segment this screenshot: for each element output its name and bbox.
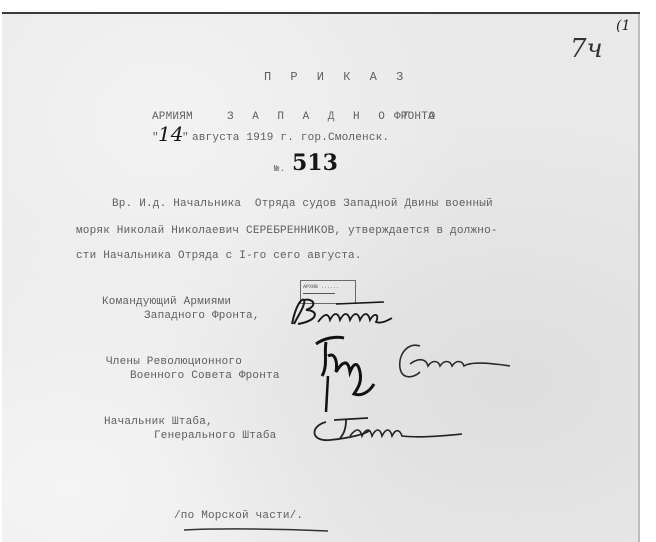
document-title: П Р И К А З — [264, 70, 409, 84]
archive-stamp-text: АРХИВ ...... — [303, 284, 339, 290]
signatory-1-role-line-2: Западного Фронта, — [144, 310, 260, 322]
date-line: августа 1919 г. гор.Смоленск. — [192, 132, 389, 144]
signatory-2-role-line-1: Члены Революционного — [106, 356, 242, 368]
date-day-handwritten: 14 — [158, 122, 183, 146]
signatory-3-role-line-2: Генерального Штаба — [154, 430, 276, 442]
order-number-handwritten: 513 — [292, 150, 338, 176]
signatory-3-role-line-1: Начальник Штаба, — [104, 416, 213, 428]
body-line-2: моряк Николай Николаевич СЕРЕБРЕННИКОВ, … — [76, 225, 498, 237]
footer-underline — [182, 526, 332, 534]
corner-annotation: 7ч — [570, 34, 603, 64]
body-line-3: сти Начальника Отряда с I-го сего август… — [76, 250, 362, 262]
number-prefix: №. — [274, 164, 285, 174]
signature-2-icon — [314, 332, 524, 412]
signature-1-icon — [284, 294, 404, 334]
body-line-1: Вр. И.д. Начальника Отряда судов Западно… — [112, 198, 493, 210]
date-close-quote: " — [182, 132, 189, 144]
signatory-2-role-line-2: Военного Совета Фронта — [130, 370, 280, 382]
document-page: П Р И К А З АРМИЯМ З А П А Д Н О Г О ФРО… — [2, 12, 640, 542]
subtitle-front: ФРОНТА — [394, 111, 435, 123]
footer-note: /по Морской части/. — [174, 510, 303, 522]
signatory-1-role-line-1: Командующий Армиями — [102, 296, 231, 308]
signature-3-icon — [310, 412, 470, 448]
corner-page-mark: (1 — [616, 18, 630, 34]
